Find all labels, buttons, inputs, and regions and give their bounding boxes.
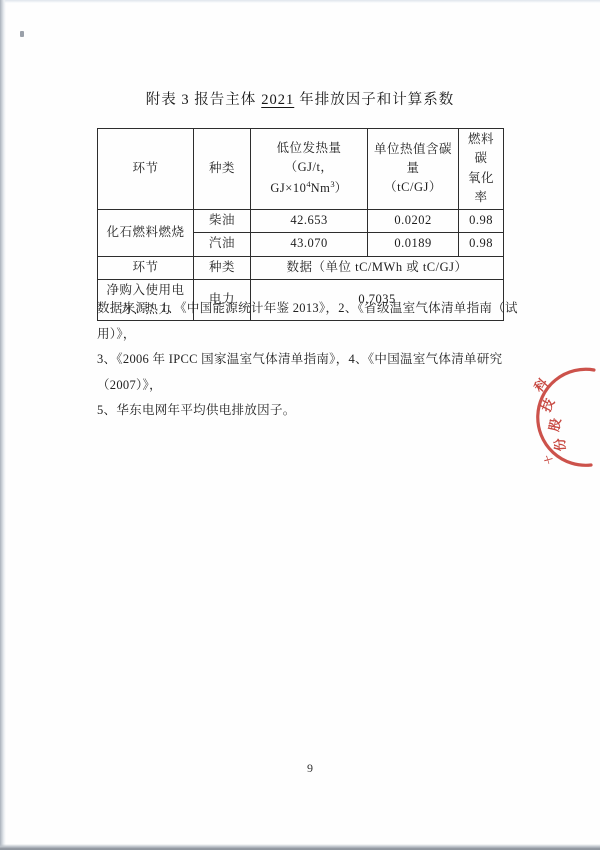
title-prefix: 附表 3 报告主体 bbox=[146, 92, 257, 108]
table-row-diesel: 化石燃料燃烧 柴油 42.653 0.0202 0.98 bbox=[98, 209, 504, 232]
seal-character: 份 bbox=[552, 438, 568, 452]
cell-carbon-value: 0.0202 bbox=[368, 209, 459, 232]
header2-cell-stage: 环节 bbox=[98, 256, 194, 279]
scan-edge-left bbox=[0, 0, 6, 850]
emission-factors-table: 环节 种类 低位发热量 （GJ/t，GJ×104Nm3） 单位热值含碳量 （tC… bbox=[97, 128, 504, 321]
note-line-1: 数据来源：1、《中国能源统计年鉴 2013》，2、《省级温室气体清单指南（试用）… bbox=[97, 296, 527, 347]
cell-oxidation-value: 0.98 bbox=[459, 232, 504, 256]
seal-character: 股 bbox=[546, 416, 564, 433]
cell-lhv-value: 42.653 bbox=[251, 209, 368, 232]
title-year-underlined: 2021 bbox=[261, 92, 294, 108]
lhv-label: 低位发热量 bbox=[255, 139, 363, 158]
header2-cell-type: 种类 bbox=[194, 256, 251, 279]
cell-fuel-type: 柴油 bbox=[194, 209, 251, 232]
seal-character: 科 bbox=[530, 375, 551, 396]
cell-fuel-type: 汽油 bbox=[194, 232, 251, 256]
table-header-row-2: 环节 种类 数据（单位 tC/MWh 或 tC/GJ） bbox=[98, 256, 504, 279]
data-source-notes: 数据来源：1、《中国能源统计年鉴 2013》，2、《省级温室气体清单指南（试用）… bbox=[97, 296, 527, 424]
document-page: 附表 3 报告主体2021年排放因子和计算系数 环节 种类 低位发热量 （GJ/… bbox=[0, 0, 600, 850]
note-line-2: 3、《2006 年 IPCC 国家温室气体清单指南》，4、《中国温室气体清单研究… bbox=[97, 347, 527, 398]
page-title: 附表 3 报告主体2021年排放因子和计算系数 bbox=[0, 88, 600, 109]
scan-edge-bottom bbox=[0, 844, 600, 850]
header-cell-oxidation-rate: 燃料碳 氧化率 bbox=[459, 129, 504, 210]
cell-lhv-value: 43.070 bbox=[251, 232, 368, 256]
cell-fossil-fuel-label: 化石燃料燃烧 bbox=[98, 209, 194, 256]
emission-factors-table-wrap: 环节 种类 低位发热量 （GJ/t，GJ×104Nm3） 单位热值含碳量 （tC… bbox=[97, 128, 504, 321]
scan-speck-artifact bbox=[20, 31, 24, 37]
lhv-unit: （GJ/t，GJ×104Nm3） bbox=[255, 158, 363, 198]
title-suffix: 年排放因子和计算系数 bbox=[299, 92, 454, 108]
scan-edge-top bbox=[0, 0, 600, 3]
header-cell-lhv: 低位发热量 （GJ/t，GJ×104Nm3） bbox=[251, 129, 368, 210]
company-seal-partial: 科 技 股 份 十 bbox=[521, 360, 600, 478]
header-cell-type: 种类 bbox=[194, 129, 251, 210]
table-header-row-1: 环节 种类 低位发热量 （GJ/t，GJ×104Nm3） 单位热值含碳量 （tC… bbox=[98, 129, 504, 210]
page-number: 9 bbox=[0, 761, 600, 776]
header-cell-carbon-content: 单位热值含碳量 （tC/GJ） bbox=[368, 129, 459, 210]
seal-star-mark: 十 bbox=[542, 454, 555, 466]
note-line-3: 5、华东电网年平均供电排放因子。 bbox=[97, 398, 527, 424]
cell-carbon-value: 0.0189 bbox=[368, 232, 459, 256]
header-cell-stage: 环节 bbox=[98, 129, 194, 210]
cell-oxidation-value: 0.98 bbox=[459, 209, 504, 232]
header2-cell-data-unit: 数据（单位 tC/MWh 或 tC/GJ） bbox=[251, 256, 504, 279]
